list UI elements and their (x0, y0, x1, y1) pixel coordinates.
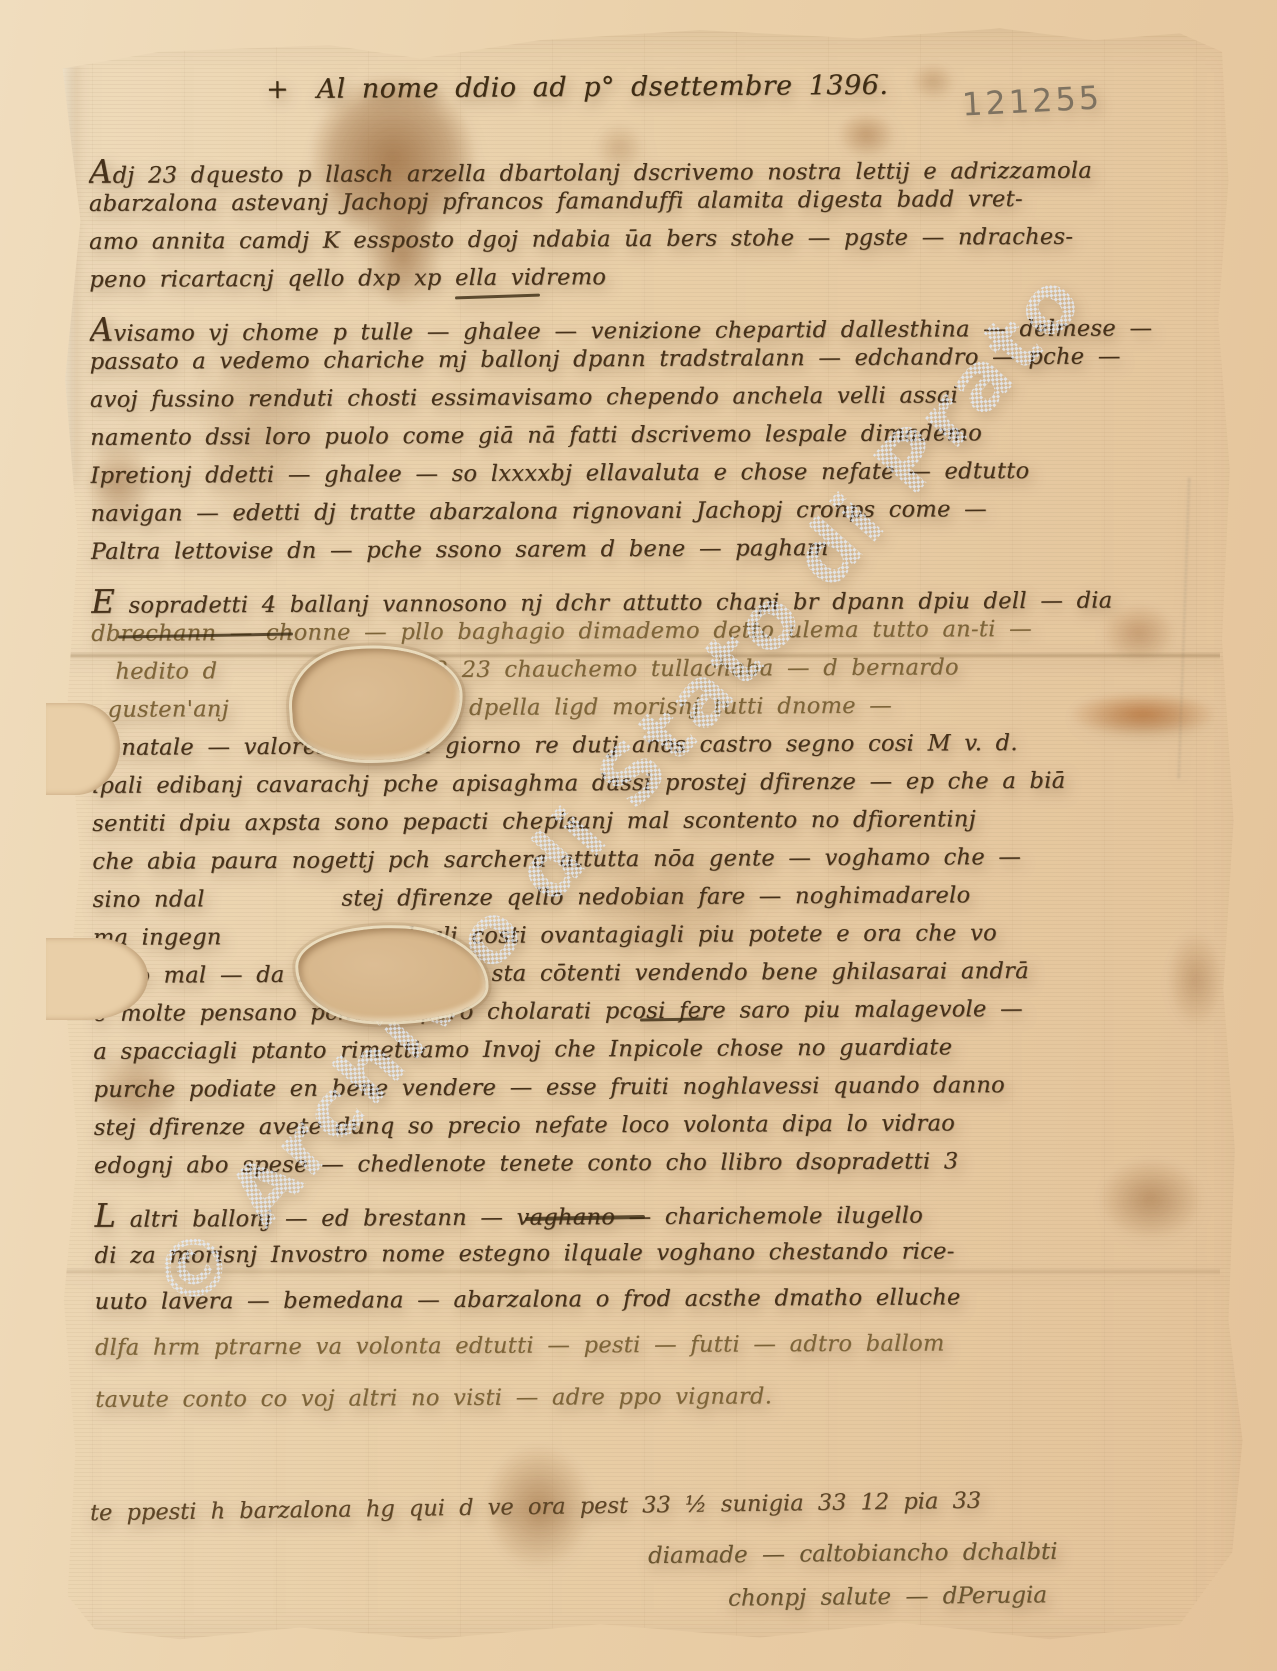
manuscript-line: Ipretionj ddetti — ghalee — so lxxxxbj e… (90, 457, 1205, 501)
manuscript-line: a spacciagli ptanto rimettiamo Invoj che… (93, 1033, 1208, 1077)
signature-line: chonpj salute — dPerugia (728, 1582, 1047, 1611)
signature-line: diamade — caltobiancho dchalbti (648, 1539, 1058, 1569)
manuscript-line: tavute conto co voj altri no visti — adr… (95, 1381, 1210, 1425)
manuscript-line: Paltra lettovise dn — pche ssono sarem d… (91, 533, 1206, 577)
manuscript-line: dbrechann — chonne — pllo baghagio dimad… (91, 615, 1206, 659)
left-fold-highlight (62, 58, 77, 478)
manuscript-line: retto mal — da 20 ½ nali Thu sta cōtenti… (93, 957, 1208, 1001)
manuscript-line: Adj 23 dquesto p llasch arzella dbartola… (89, 147, 1204, 191)
letter-heading: + Al nome ddio ad p° dsettembre 1396. (266, 70, 889, 105)
archive-number: 121255 (961, 78, 1103, 123)
manuscript-line: ma ingegn vendagli costi ovantagiagli pi… (93, 919, 1208, 963)
manuscript-line: abarzalona astevanj Jachopj pfrancos fam… (89, 185, 1204, 229)
manuscript-line: dlfa hrm ptrarne va volonta edtutti — pe… (95, 1329, 1210, 1373)
manuscript-line: uuto lavera — bemedana — abarzalona o fr… (95, 1283, 1210, 1327)
manuscript-line: purche podiate en bene vendere — esse fr… (94, 1071, 1209, 1115)
manuscript-page: + Al nome ddio ad p° dsettembre 1396. 12… (0, 0, 1277, 1671)
manuscript-line: avoj fussino renduti chosti essimavisamo… (90, 381, 1205, 425)
manuscript-line: che abia paura nogettj pch sarchera attu… (92, 843, 1207, 887)
photo-background: + Al nome ddio ad p° dsettembre 1396. 12… (0, 0, 1277, 1671)
manuscript-line: sino ndal stej dfirenze qello nedobian f… (93, 881, 1208, 925)
manuscript-line: navigan — edetti dj tratte abarzalona ri… (90, 495, 1205, 539)
stain (905, 58, 960, 103)
manuscript-line: namento dssi loro puolo come giā nā fatt… (90, 419, 1205, 463)
manuscript-line: e molte pensano pche nospero cholarati p… (93, 995, 1208, 1039)
closing-line: te ppesti h barzalona hg qui d ve ora pe… (90, 1488, 981, 1526)
manuscript-line: E sopradetti 4 ballanj vannosono nj dchr… (91, 577, 1206, 621)
